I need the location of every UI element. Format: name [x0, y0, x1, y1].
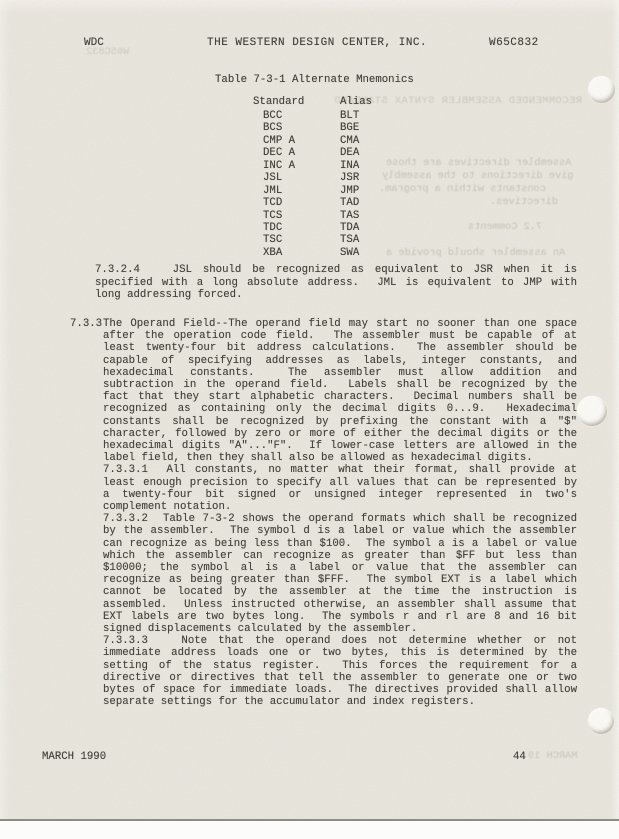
text-line: which the assembler can recognize as gre… — [103, 550, 577, 562]
text-line: hexadecimal constants. The assembler mus… — [103, 367, 577, 379]
text-line: fact that they start alphabetic characte… — [103, 391, 577, 403]
table-row: BCC BLT — [0, 110, 619, 122]
page-number: 44 — [513, 751, 526, 763]
table-row: TDC TDA — [0, 222, 619, 234]
alias-mnemonic: TSA — [340, 234, 359, 246]
paragraph-7-3-3-1: 7.3.3.1 All constants, no matter what th… — [103, 464, 577, 513]
text-line: directive or directives that tell the as… — [103, 672, 577, 684]
text-line: specified with a long absolute address. … — [95, 277, 577, 290]
text-line: setting of the status register. This for… — [103, 660, 577, 672]
text-line: bytes of space for immediate loads. The … — [103, 684, 577, 696]
text-line: signed displacements calculated by the a… — [103, 623, 577, 635]
table-row: BCS BGE — [0, 122, 619, 134]
table-row: JSL JSR — [0, 172, 619, 184]
mnemonics-table: BCC BLT BCS BGE CMP A CMA DEC A DEA INC … — [0, 110, 619, 259]
table-row: XBA SWA — [0, 247, 619, 259]
standard-mnemonic: BCS — [263, 122, 282, 134]
text-line: long addressing forced. — [95, 289, 577, 302]
standard-mnemonic: DEC A — [263, 147, 295, 159]
alias-mnemonic: DEA — [340, 147, 359, 159]
text-line: hexadecimal digits "A"..."F". If lower-c… — [103, 440, 577, 452]
table-row: CMP A CMA — [0, 135, 619, 147]
text-line: label field, then they shall also be all… — [103, 452, 577, 464]
standard-mnemonic: BCC — [263, 110, 282, 122]
paragraph-operand-field: The Operand Field--The operand field may… — [103, 318, 577, 464]
text-line: separate settings for the accumulator an… — [103, 696, 577, 708]
standard-mnemonic: XBA — [263, 247, 282, 259]
bleed-through-text: RECOMMENDED ASSEMBLER SYNTAX STANDARD — [296, 95, 582, 107]
text-line: after the operation code field. The asse… — [103, 330, 577, 342]
text-line: immediate address loads one or two bytes… — [103, 647, 577, 659]
text-line: 7.3.3.2 Table 7-3-2 shows the operand fo… — [103, 513, 577, 525]
text-line: subtraction in the operand field. Labels… — [103, 379, 577, 391]
text-line: character, followed by zero or more of e… — [103, 428, 577, 440]
text-line: recognize as being greater than $FFF. Th… — [103, 574, 577, 586]
standard-mnemonic: TDC — [263, 222, 282, 234]
text-line: cannot be located by the assembler at th… — [103, 586, 577, 598]
standard-mnemonic: TCS — [263, 210, 282, 222]
alias-mnemonic: JSR — [340, 172, 359, 184]
punch-hole — [588, 708, 614, 734]
table-row: INC A INA — [0, 160, 619, 172]
column-header-standard: Standard — [253, 96, 304, 108]
table-title: Table 7-3-1 Alternate Mnemonics — [215, 74, 414, 86]
bleed-through-text: MARCH 19 — [528, 750, 577, 762]
table-row: TCS TAS — [0, 210, 619, 222]
standard-mnemonic: INC A — [263, 160, 295, 172]
section-number-7-3-3: 7.3.3 — [70, 318, 102, 330]
paragraph-7-3-2-4: 7.3.2.4 JSL should be recognized as equi… — [95, 264, 577, 302]
text-line: recognized as containing only the decima… — [103, 403, 577, 415]
text-line: least twenty-four bit address calculatio… — [103, 342, 577, 354]
text-line: 7.3.3.1 All constants, no matter what th… — [103, 464, 577, 476]
text-line: complement notation. — [103, 501, 577, 513]
punch-hole — [577, 396, 607, 426]
table-row: TCD TAD — [0, 197, 619, 209]
standard-mnemonic: TSC — [263, 234, 282, 246]
paragraph-7-3-3-2: 7.3.3.2 Table 7-3-2 shows the operand fo… — [103, 513, 577, 635]
text-line: by the assembler. The symbol d is a labe… — [103, 525, 577, 537]
alias-mnemonic: INA — [340, 160, 359, 172]
standard-mnemonic: JML — [263, 185, 282, 197]
table-row: DEC A DEA — [0, 147, 619, 159]
paragraph-7-3-3-3: 7.3.3.3 Note that the operand does not d… — [103, 635, 577, 708]
alias-mnemonic: BGE — [340, 122, 359, 134]
text-line: assembled. Unless instructed otherwise, … — [103, 599, 577, 611]
text-line: 7.3.2.4 JSL should be recognized as equi… — [95, 264, 577, 277]
alias-mnemonic: TDA — [340, 222, 359, 234]
text-line: a twenty-four bit signed or unsigned int… — [103, 489, 577, 501]
section-7-3-3: The Operand Field--The operand field may… — [103, 318, 577, 709]
footer-date: MARCH 1990 — [42, 751, 106, 763]
alias-mnemonic: SWA — [340, 247, 359, 259]
table-row: JML JMP — [0, 185, 619, 197]
text-line: EXT labels are two bytes long. The symbo… — [103, 611, 577, 623]
standard-mnemonic: CMP A — [263, 135, 295, 147]
punch-hole — [588, 76, 615, 103]
text-line: constants shall be recognized by prefixi… — [103, 416, 577, 428]
header-org-abbrev: WDC — [84, 37, 104, 49]
standard-mnemonic: JSL — [263, 172, 282, 184]
table-row: TSC TSA — [0, 234, 619, 246]
column-header-alias: Alias — [340, 96, 372, 108]
text-line: $10000; the symbol al is a label or valu… — [103, 562, 577, 574]
header-company-name: THE WESTERN DESIGN CENTER, INC. — [207, 37, 427, 49]
header-part-number: W65C832 — [489, 37, 539, 49]
alias-mnemonic: JMP — [340, 185, 359, 197]
text-line: The Operand Field--The operand field may… — [103, 318, 577, 330]
text-line: capable of specifying addresses as label… — [103, 355, 577, 367]
text-line: can recognize as being less than $100. T… — [103, 538, 577, 550]
alias-mnemonic: TAD — [340, 197, 359, 209]
alias-mnemonic: BLT — [340, 110, 359, 122]
standard-mnemonic: TCD — [263, 197, 282, 209]
text-line: 7.3.3.3 Note that the operand does not d… — [103, 635, 577, 647]
scanned-document-page: RECOMMENDED ASSEMBLER SYNTAX STANDARD As… — [0, 0, 619, 839]
alias-mnemonic: TAS — [340, 210, 359, 222]
text-line: least enough precision to specify all va… — [103, 477, 577, 489]
alias-mnemonic: CMA — [340, 135, 359, 147]
